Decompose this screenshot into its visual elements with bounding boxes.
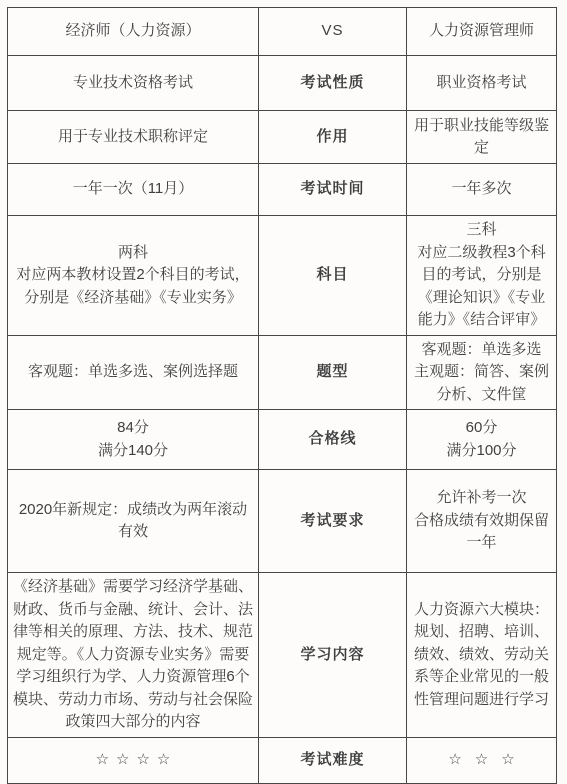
row-label: 科目: [259, 216, 407, 336]
header-cell-right: 人力资源管理师: [407, 8, 557, 56]
row-difficulty: ☆☆☆☆ 考试难度 ☆☆☆: [8, 737, 557, 753]
cell-right: 用于职业技能等级鉴定: [407, 111, 557, 164]
comparison-table-container: 经济师（人力资源） VS 人力资源管理师 专业技术资格考试 考试性质 职业资格考…: [7, 7, 557, 753]
cell-left: 两科 对应两本教材设置2个科目的考试，分别是《经济基础》《专业实务》: [8, 216, 259, 336]
row-exam-nature: 专业技术资格考试 考试性质 职业资格考试: [8, 56, 557, 111]
row-label: 题型: [259, 335, 407, 410]
cell-right: 一年多次: [407, 164, 557, 216]
vs-cell: VS: [259, 8, 407, 56]
row-label: 学习内容: [259, 573, 407, 738]
cell-left: 专业技术资格考试: [8, 56, 259, 111]
cell-left: 客观题：单选多选、案例选择题: [8, 335, 259, 410]
comparison-table: 经济师（人力资源） VS 人力资源管理师 专业技术资格考试 考试性质 职业资格考…: [7, 7, 557, 753]
cell-right: 三科 对应二级教程3个科目的考试，分别是《理论知识》《专业能力》《结合评审》: [407, 216, 557, 336]
row-label: 作用: [259, 111, 407, 164]
header-cell-left: 经济师（人力资源）: [8, 8, 259, 56]
cell-right: 职业资格考试: [407, 56, 557, 111]
row-exam-requirements: 2020年新规定：成绩改为两年滚动有效 考试要求 允许补考一次 合格成绩有效期保…: [8, 470, 557, 573]
cell-right: 人力资源六大模块：规划、招聘、培训、绩效、绩效、劳动关系等企业常见的一般性管理问…: [407, 573, 557, 738]
cell-left: 2020年新规定：成绩改为两年滚动有效: [8, 470, 259, 573]
row-label: 考试要求: [259, 470, 407, 573]
row-exam-time: 一年一次（11月） 考试时间 一年多次: [8, 164, 557, 216]
cell-right: 客观题：单选多选 主观题：简答、案例分析、文件筐: [407, 335, 557, 410]
difficulty-stars-right: ☆☆☆: [407, 737, 557, 753]
row-label: 考试时间: [259, 164, 407, 216]
row-label: 考试难度: [259, 737, 407, 753]
cell-left: 《经济基础》需要学习经济学基础、财政、货币与金融、统计、会计、法律等相关的原理、…: [8, 573, 259, 738]
row-subjects: 两科 对应两本教材设置2个科目的考试，分别是《经济基础》《专业实务》 科目 三科…: [8, 216, 557, 336]
cell-left: 一年一次（11月）: [8, 164, 259, 216]
row-passing-line: 84分 满分140分 合格线 60分 满分100分: [8, 410, 557, 470]
row-label: 考试性质: [259, 56, 407, 111]
header-row: 经济师（人力资源） VS 人力资源管理师: [8, 8, 557, 56]
cell-right: 60分 满分100分: [407, 410, 557, 470]
row-question-types: 客观题：单选多选、案例选择题 题型 客观题：单选多选 主观题：简答、案例分析、文…: [8, 335, 557, 410]
cell-left: 用于专业技术职称评定: [8, 111, 259, 164]
difficulty-stars-left: ☆☆☆☆: [8, 737, 259, 753]
cell-right: 允许补考一次 合格成绩有效期保留一年: [407, 470, 557, 573]
row-study-content: 《经济基础》需要学习经济学基础、财政、货币与金融、统计、会计、法律等相关的原理、…: [8, 573, 557, 738]
row-label: 合格线: [259, 410, 407, 470]
row-purpose: 用于专业技术职称评定 作用 用于职业技能等级鉴定: [8, 111, 557, 164]
cell-left: 84分 满分140分: [8, 410, 259, 470]
